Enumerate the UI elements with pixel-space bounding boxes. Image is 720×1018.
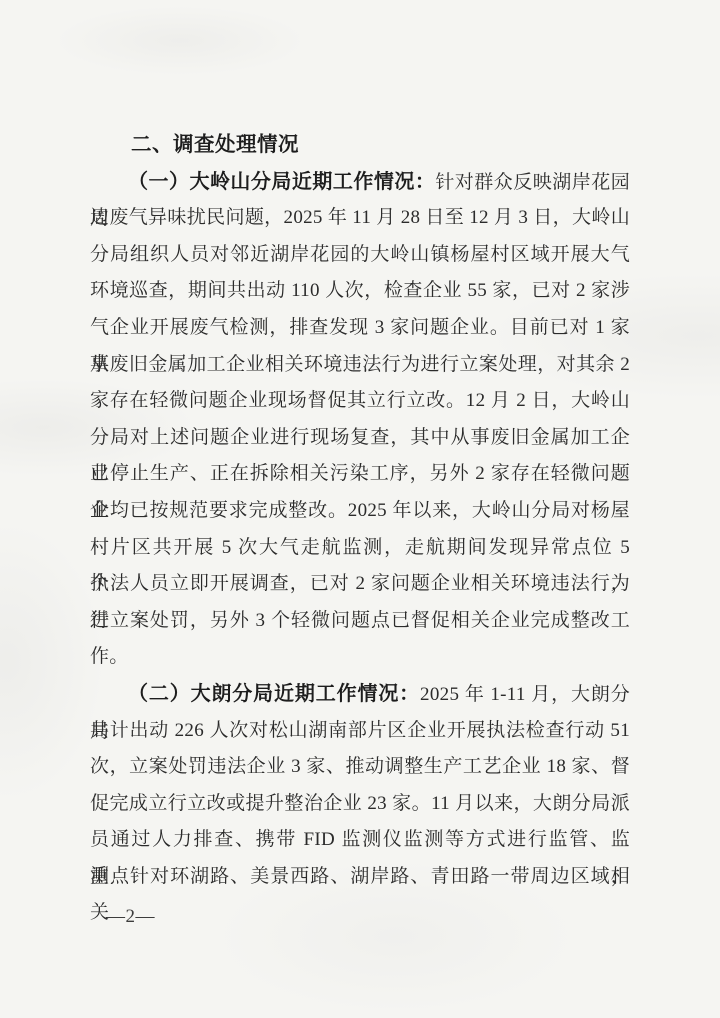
paragraph-text: 业均已按规范要求完成整改。2025 年以来，大岭山分局对杨屋 — [90, 500, 630, 521]
text-line: 作。 — [90, 639, 630, 676]
text-line: 分局对上述问题企业进行现场复查，其中从事废旧金属加工企业 — [90, 420, 630, 457]
text-line: 已停止生产、正在拆除相关污染工序，另外 2 家存在轻微问题企 — [90, 456, 630, 493]
paragraph-lead: （二）大朗分局近期工作情况： — [128, 683, 420, 705]
paragraph-text: 作。 — [90, 646, 129, 667]
section-heading: 二、调查处理情况 — [90, 127, 630, 164]
text-line: 促完成立行立改或提升整治企业 23 家。11 月以来，大朗分局派 — [90, 786, 630, 823]
text-line: （二）大朗分局近期工作情况：2025 年 1-11 月，大朗分局 — [90, 676, 630, 713]
paragraph-text: 行立案处罚，另外 3 个轻微问题点已督促相关企业完成整改工 — [90, 610, 630, 631]
text-line: 分局组织人员对邻近湖岸花园的大岭山镇杨屋村区域开展大气 — [90, 237, 630, 274]
page-number: —2— — [106, 906, 155, 928]
text-line: 业均已按规范要求完成整改。2025 年以来，大岭山分局对杨屋 — [90, 493, 630, 530]
text-line: 环境巡查，期间共出动 110 人次，检查企业 55 家，已对 2 家涉 — [90, 273, 630, 310]
text-line: 员通过人力排查、携带 FID 监测仪监测等方式进行监管、监测， — [90, 822, 630, 859]
paragraph-text: 重点针对环湖路、美景西路、湖岸路、青田路一带周边区域相关 — [90, 866, 630, 924]
paragraph-text: 共计出动 226 人次对松山湖南部片区企业开展执法检查行动 51 — [90, 720, 630, 741]
text-line: 重点针对环湖路、美景西路、湖岸路、青田路一带周边区域相关 — [90, 859, 630, 896]
text-line: 次，立案处罚违法企业 3 家、推动调整生产工艺企业 18 家、督 — [90, 749, 630, 786]
text-line: 行立案处罚，另外 3 个轻微问题点已督促相关企业完成整改工 — [90, 603, 630, 640]
paragraph-text: 边废气异味扰民问题，2025 年 11 月 28 日至 12 月 3 日，大岭山 — [90, 207, 630, 228]
text-line: 执法人员立即开展调查，已对 2 家问题企业相关环境违法行为进 — [90, 566, 630, 603]
text-line: 边废气异味扰民问题，2025 年 11 月 28 日至 12 月 3 日，大岭山 — [90, 200, 630, 237]
paragraph-text: 分局组织人员对邻近湖岸花园的大岭山镇杨屋村区域开展大气 — [90, 244, 630, 265]
scanned-document-page: { "page": { "background_color": "#f5f5f2… — [0, 0, 720, 1018]
paragraph-text: 次，立案处罚违法企业 3 家、推动调整生产工艺企业 18 家、督 — [90, 756, 630, 777]
text-line: （一）大岭山分局近期工作情况：针对群众反映湖岸花园周 — [90, 164, 630, 201]
paragraph-lead: （一）大岭山分局近期工作情况： — [128, 171, 435, 193]
text-line: 事废旧金属加工企业相关环境违法行为进行立案处理，对其余 2 — [90, 347, 630, 384]
paragraph-text: 环境巡查，期间共出动 110 人次，检查企业 55 家，已对 2 家涉 — [90, 280, 630, 301]
document-body: （一）大岭山分局近期工作情况：针对群众反映湖岸花园周边废气异味扰民问题，2025… — [90, 164, 630, 896]
paragraph-text: 事废旧金属加工企业相关环境违法行为进行立案处理，对其余 2 — [90, 354, 630, 375]
text-line: 家存在轻微问题企业现场督促其立行立改。12 月 2 日，大岭山 — [90, 383, 630, 420]
document-content: 二、调查处理情况 （一）大岭山分局近期工作情况：针对群众反映湖岸花园周边废气异味… — [90, 127, 630, 895]
text-line: 村片区共开展 5 次大气走航监测，走航期间发现异常点位 5 个， — [90, 530, 630, 567]
paragraph-text: 促完成立行立改或提升整治企业 23 家。11 月以来，大朗分局派 — [90, 793, 630, 814]
text-line: 气企业开展废气检测，排查发现 3 家问题企业。目前已对 1 家从 — [90, 310, 630, 347]
text-line: 共计出动 226 人次对松山湖南部片区企业开展执法检查行动 51 — [90, 713, 630, 750]
paragraph-text: 家存在轻微问题企业现场督促其立行立改。12 月 2 日，大岭山 — [90, 390, 630, 411]
